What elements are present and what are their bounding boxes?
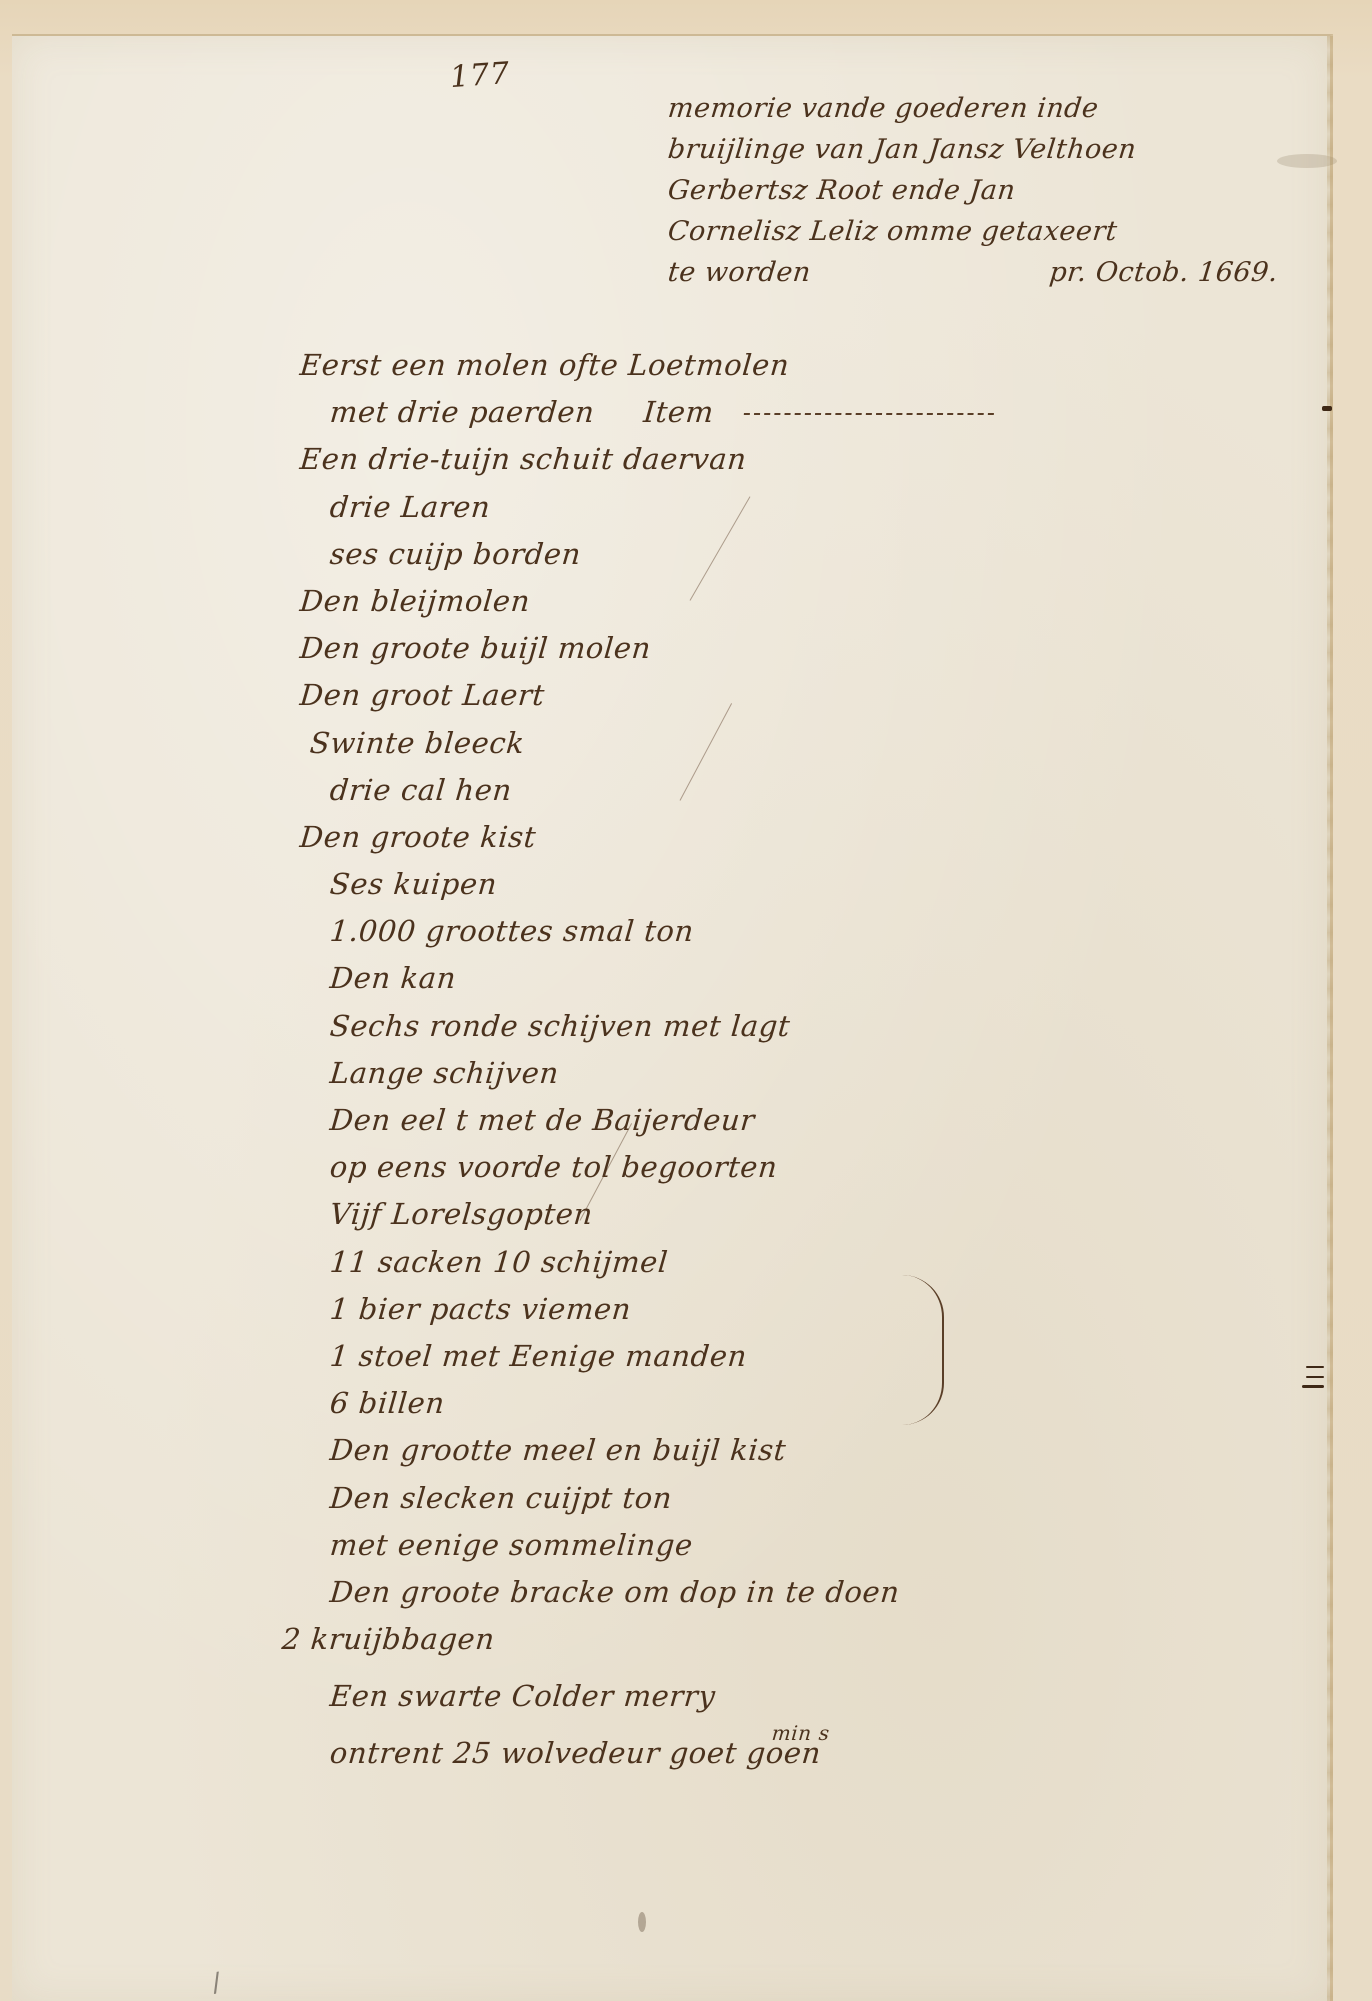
interlinear-note: min s: [770, 1710, 832, 1757]
list-item: Vijf Lorelsgopten: [298, 1191, 1202, 1238]
list-item: Den eel t met de Baijerdeur: [298, 1097, 1202, 1144]
inventory-list: Eerst een molen ofte Loetmolen met drie …: [300, 342, 1200, 1778]
item-text: Een drie-tuijn schuit daervan: [299, 442, 749, 476]
item-text: ses cuijp borden: [329, 537, 583, 571]
item-trail: Item: [642, 395, 715, 429]
heading-line-1: memorie vande goederen inde: [666, 88, 1310, 129]
list-item: Den grootte meel en buijl kist: [298, 1427, 1202, 1474]
item-text: Sechs ronde schijven met lagt: [329, 1009, 792, 1043]
list-item: Eerst een molen ofte Loetmolen: [298, 342, 1202, 389]
list-item: Een drie-tuijn schuit daervan: [298, 436, 1202, 483]
item-text: ontrent 25 wolvedeur goet goen: [329, 1736, 823, 1770]
heading-date: pr. Octob. 1669.: [1047, 252, 1280, 293]
item-text: 6 billen: [329, 1386, 447, 1420]
heading-line-2: bruijlinge van Jan Jansz Velthoen: [666, 129, 1310, 170]
heading-line-5: te worden pr. Octob. 1669.: [666, 252, 1280, 293]
margin-tick: [1306, 1366, 1324, 1368]
item-text: drie cal hen: [329, 773, 514, 807]
heading-line-4: Cornelisz Leliz omme getaxeert: [666, 211, 1310, 252]
list-item: Den bleijmolen: [298, 578, 1202, 625]
margin-tick: [1306, 1376, 1324, 1378]
item-text: Den grootte meel en buijl kist: [329, 1433, 788, 1467]
item-text: Een swarte Colder merry: [329, 1679, 717, 1713]
item-text: Den groot Laert: [299, 678, 547, 712]
list-item: drie cal hen: [298, 767, 1202, 814]
heading-line-5a: te worden: [666, 252, 813, 293]
list-item: Een swarte Colder merry: [298, 1673, 1202, 1720]
list-item: Sechs ronde schijven met lagt: [298, 1003, 1202, 1050]
list-item: 11 sacken 10 schijmel: [298, 1239, 1202, 1286]
item-text: Ses kuipen: [329, 867, 499, 901]
item-text: Den groote buijl molen: [299, 631, 653, 665]
document-heading: memorie vande goederen inde bruijlinge v…: [668, 88, 1308, 293]
item-text: Swinte bleeck: [309, 726, 526, 760]
list-item: 1 stoel met Eenige manden: [298, 1333, 1202, 1380]
item-text: 1 bier pacts viemen: [329, 1292, 633, 1326]
fill-dash: [744, 413, 994, 415]
list-item: 6 billen: [298, 1380, 1202, 1427]
item-text: Den kan: [329, 961, 458, 995]
list-item: op eens voorde tol begoorten: [298, 1144, 1202, 1191]
heading-line-3: Gerbertsz Root ende Jan: [666, 170, 1310, 211]
list-item: drie Laren: [298, 484, 1202, 531]
list-item: Swinte bleeck: [298, 720, 1202, 767]
list-item: Den groot Laert: [298, 672, 1202, 719]
list-item: Den groote buijl molen: [298, 625, 1202, 672]
list-item: ses cuijp borden: [298, 531, 1202, 578]
item-text: op eens voorde tol begoorten: [329, 1150, 779, 1184]
item-text: Den groote kist: [299, 820, 538, 854]
item-text: Eerst een molen ofte Loetmolen: [299, 348, 791, 382]
item-text: Den bleijmolen: [299, 584, 532, 618]
list-item: Den groote kist: [298, 814, 1202, 861]
list-item: Lange schijven: [298, 1050, 1202, 1097]
list-item: ontrent 25 wolvedeur goet goen min s: [298, 1730, 1202, 1777]
item-text: 2 kruijbbagen: [281, 1622, 497, 1656]
list-item: met drie paerden Item: [298, 389, 1202, 436]
item-text: Vijf Lorelsgopten: [329, 1197, 595, 1231]
list-item: met eenige sommelinge: [298, 1522, 1202, 1569]
folio-number: 177: [449, 56, 512, 95]
item-text: 11 sacken 10 schijmel: [329, 1245, 670, 1279]
item-text: met drie paerden: [329, 395, 596, 429]
margin-tick: [1302, 1385, 1324, 1388]
list-item: Ses kuipen: [298, 861, 1202, 908]
list-item: 2 kruijbbagen: [280, 1616, 1184, 1663]
item-text: drie Laren: [329, 490, 492, 524]
item-text: Den eel t met de Baijerdeur: [329, 1103, 757, 1137]
list-item: Den groote bracke om dop in te doen: [298, 1569, 1202, 1616]
list-item: Den slecken cuijpt ton: [298, 1475, 1202, 1522]
item-text: met eenige sommelinge: [329, 1528, 695, 1562]
margin-dot: [1322, 406, 1332, 411]
item-text: Lange schijven: [329, 1056, 561, 1090]
item-text: Den slecken cuijpt ton: [329, 1481, 674, 1515]
list-item: 1.000 groottes smal ton: [298, 908, 1202, 955]
list-item: Den kan: [298, 955, 1202, 1002]
item-text: Den groote bracke om dop in te doen: [329, 1575, 902, 1609]
item-text: 1.000 groottes smal ton: [329, 914, 696, 948]
list-item: 1 bier pacts viemen: [298, 1286, 1202, 1333]
bracket-mark: [902, 1275, 944, 1425]
ink-blot: [638, 1912, 646, 1932]
item-text: 1 stoel met Eenige manden: [329, 1339, 749, 1373]
